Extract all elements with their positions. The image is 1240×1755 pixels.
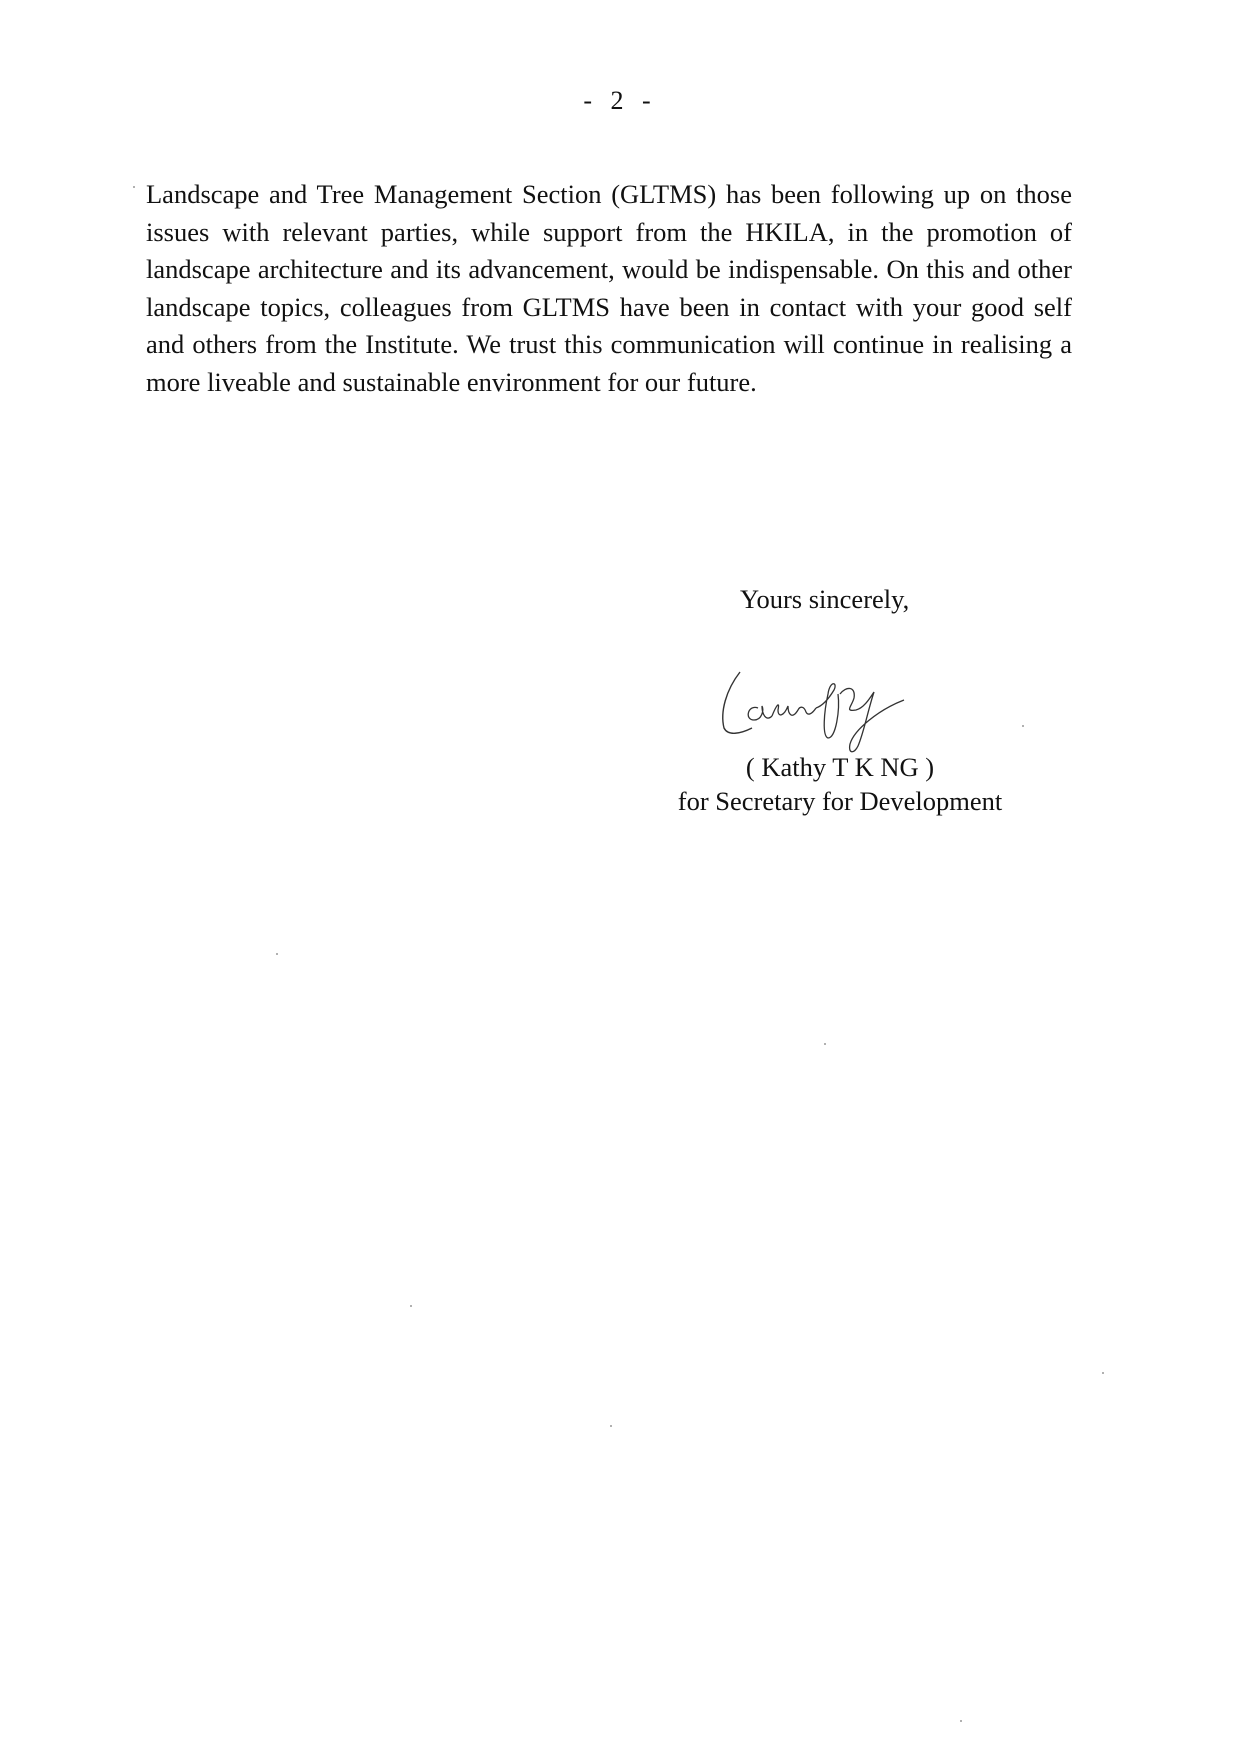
scan-speck <box>1102 1372 1104 1374</box>
signature-icon <box>718 650 968 760</box>
scan-speck <box>1022 725 1024 727</box>
signatory-title: for Secretary for Development <box>620 786 1060 817</box>
scan-speck <box>824 1043 826 1045</box>
scan-speck <box>960 1720 962 1722</box>
body-paragraph: Landscape and Tree Management Section (G… <box>146 176 1072 402</box>
scan-speck <box>610 1425 612 1427</box>
scan-speck <box>276 953 278 955</box>
letter-page: - 2 - Landscape and Tree Management Sect… <box>0 0 1240 1755</box>
signatory-name: ( Kathy T K NG ) <box>660 752 1020 783</box>
scan-speck <box>133 186 135 188</box>
page-number: - 2 - <box>0 86 1240 116</box>
scan-speck <box>410 1305 412 1307</box>
closing-salutation: Yours sincerely, <box>740 584 909 615</box>
